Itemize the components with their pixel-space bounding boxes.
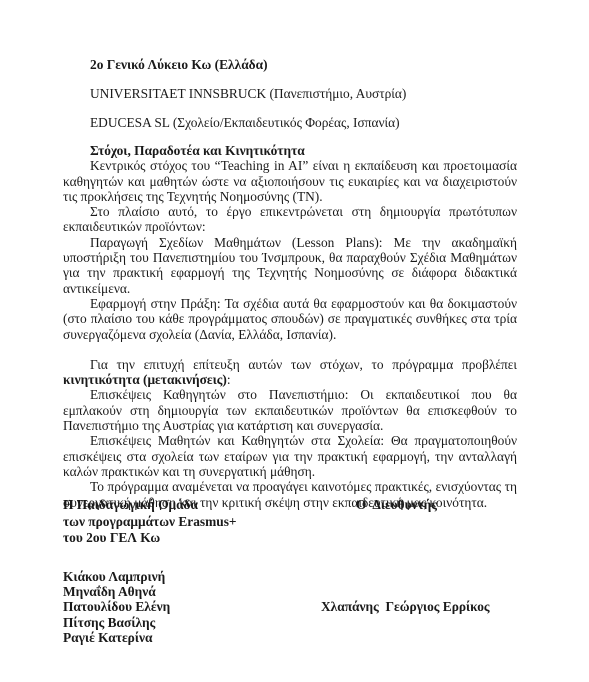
team-title-line: Η Παιδαγωγική Ομάδα [63,497,237,514]
paragraph-products-intro: Στο πλαίσιο αυτό, το έργο επικεντρώνεται… [63,204,517,235]
team-members-list: Κιάκου Λαμπρινή Μηναΐδη Αθηνά Πατουλίδου… [63,569,170,645]
team-title-line: των προγραμμάτων Erasmus+ [63,514,237,531]
paragraph-student-visits: Επισκέψεις Μαθητών και Καθηγητών στα Σχο… [63,433,517,479]
partner-educesa: EDUCESA SL (Σχολείο/Εκπαιδευτικός Φορέας… [90,115,400,131]
paragraph-mobility-intro: Για την επιτυχή επίτευξη αυτών των στόχω… [63,357,517,388]
paragraph-teacher-visits: Επισκέψεις Καθηγητών στο Πανεπιστήμιο: Ο… [63,387,517,433]
director-name: Χλαπάνης Γεώργιος Ερρίκος [321,599,490,616]
section-heading: Στόχοι, Παραδοτέα και Κινητικότητα [90,143,517,158]
director-title: Ο Διευθυντής [356,497,437,514]
team-member: Μηναΐδη Αθηνά [63,584,170,599]
mobility-colon: : [227,372,231,387]
partner-university: UNIVERSITAET INNSBRUCK (Πανεπιστήμιο, Αυ… [90,86,406,102]
team-title-block: Η Παιδαγωγική Ομάδα των προγραμμάτων Era… [63,497,237,547]
mobility-bold-text: κινητικότητα (μετακινήσεις) [63,372,227,387]
team-member: Πατουλίδου Ελένη [63,599,170,614]
team-title-line: του 2ου ΓΕΛ Κω [63,530,237,547]
team-member: Κιάκου Λαμπρινή [63,569,170,584]
paragraph-lesson-plans: Παραγωγή Σχεδίων Μαθημάτων (Lesson Plans… [63,235,517,296]
paragraph-main-goal: Κεντρικός στόχος του “Teaching in AI” εί… [63,158,517,204]
team-member: Ραγιέ Κατερίνα [63,630,170,645]
mobility-intro-text: Για την επιτυχή επίτευξη αυτών των στόχω… [90,357,517,372]
document-body: Στόχοι, Παραδοτέα και Κινητικότητα Κεντρ… [63,143,517,510]
paragraph-practice: Εφαρμογή στην Πράξη: Τα σχέδια αυτά θα ε… [63,296,517,342]
partner-greek-school: 2ο Γενικό Λύκειο Κω (Ελλάδα) [90,57,268,73]
team-member: Πίτσης Βασίλης [63,615,170,630]
